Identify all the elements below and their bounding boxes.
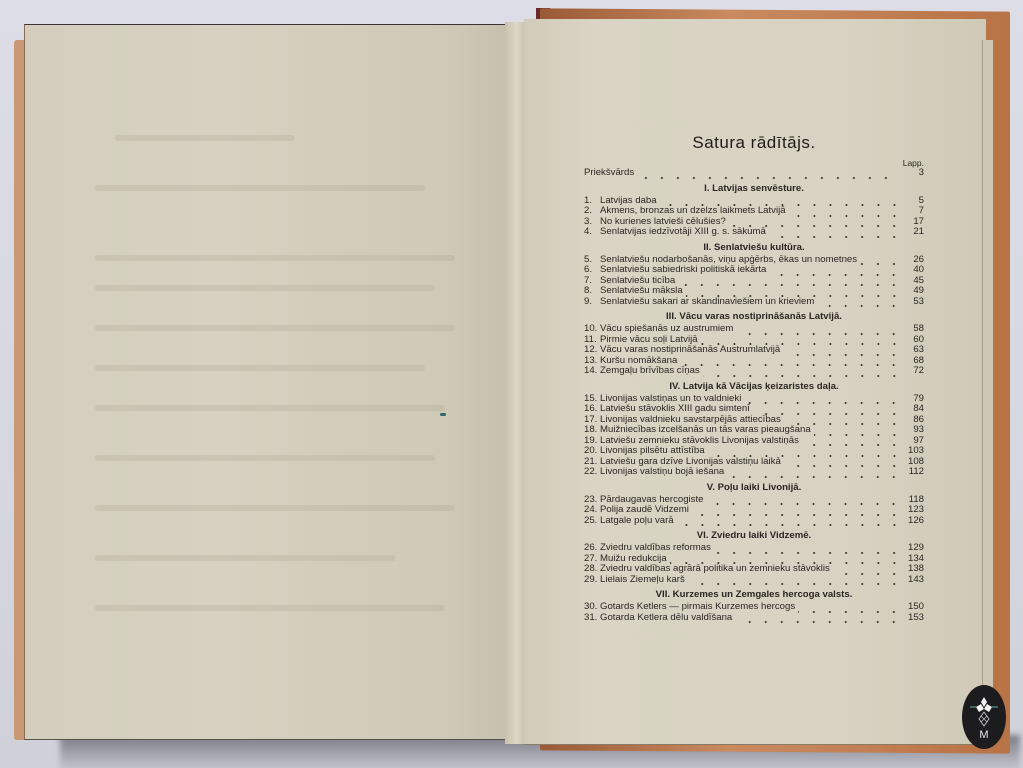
toc-entry-title: Livonijas pilsētu attīstība	[600, 446, 708, 457]
toc-entry-title: Polija zaudē Vidzemi	[600, 505, 692, 516]
leader-dots	[769, 266, 902, 276]
toc-entry-page: 138	[902, 564, 924, 575]
leader-dots	[708, 447, 902, 457]
left-page-blank	[24, 24, 518, 740]
toc-entry-number: 10.	[584, 324, 600, 335]
toc-entry-number: 16.	[584, 404, 600, 415]
show-through-text	[95, 365, 425, 371]
toc-entry: 28.Zviedru valdības agrārā politika un z…	[584, 564, 924, 575]
toc-entry: 4.Senlatvijas iedzīvotāji XIII g. s. sāk…	[584, 227, 924, 238]
leader-dots	[706, 495, 902, 505]
toc-entry-title: Livonijas valstiņu bojā iešana	[600, 467, 727, 478]
toc-entry: 14.Zemgaļu brīvības cīņas72	[584, 366, 924, 377]
toc-entry: 2.Akmens, bronzas un dzelzs laikmets Lat…	[584, 206, 924, 217]
toc-entry-title: Zemgaļu brīvības cīņas	[600, 366, 703, 377]
toc-entry-page: 7	[902, 206, 924, 217]
toc-entry-title: Senlatviešu sabiedriski politiskā iekārt…	[600, 265, 769, 276]
leader-dots	[692, 506, 902, 516]
leader-dots	[680, 356, 902, 366]
toc-sections: I. Latvijas senvēsture.1.Latvijas daba52…	[584, 183, 924, 624]
leader-dots	[677, 516, 902, 526]
toc-entry-number: 8.	[584, 286, 600, 297]
toc-entry-title: Zviedru valdības agrārā politika un zemn…	[600, 564, 833, 575]
show-through-text	[95, 285, 435, 291]
leader-dots	[860, 255, 902, 265]
toc-entry: 24.Polija zaudē Vidzemi123	[584, 505, 924, 516]
leader-dots	[769, 228, 902, 238]
toc-entry: 31.Gotarda Ketlera dēlu valdīšana153	[584, 613, 924, 624]
watermark-logo: M	[962, 685, 1006, 749]
leader-dots	[798, 603, 902, 613]
leader-dots	[814, 426, 902, 436]
leader-dots	[744, 394, 902, 404]
show-through-text	[95, 185, 425, 191]
leader-dots	[727, 468, 902, 478]
toc-entry-number: 9.	[584, 297, 600, 308]
toc-entry-page: 103	[902, 446, 924, 457]
leader-dots	[736, 325, 902, 335]
toc-entry: 29.Lielais Ziemeļu karš143	[584, 575, 924, 586]
leader-dots	[714, 544, 902, 554]
toc-entry-title: Zviedru valdības reformas	[600, 543, 714, 554]
toc-entry-page: 93	[902, 425, 924, 436]
toc-preface-page: 3	[894, 168, 924, 179]
toc-entry-page: 63	[902, 345, 924, 356]
toc-entry-page: 49	[902, 286, 924, 297]
toc-entry-page: 150	[902, 602, 924, 613]
leader-dots	[789, 207, 902, 217]
toc-entry-title: Gotards Ketlers — pirmais Kurzemes herco…	[600, 602, 798, 613]
toc-entry-number: 14.	[584, 366, 600, 377]
toc-entry-title: Vācu varas nostiprināšanās Austrumlatvij…	[600, 345, 783, 356]
toc-entry-page: 40	[902, 265, 924, 276]
ink-speck	[440, 413, 446, 416]
toc-section-heading: VI. Zviedru laiki Vidzemē.	[584, 530, 924, 541]
toc-entry-page: 126	[902, 516, 924, 527]
toc-entry-number: 6.	[584, 265, 600, 276]
toc-entry-number: 26.	[584, 543, 600, 554]
toc-section-heading: V. Poļu laiki Livonijā.	[584, 482, 924, 493]
toc-entry-page: 153	[902, 613, 924, 624]
toc-entry-title: Latviešu stāvoklis XIII gadu simtenī	[600, 404, 753, 415]
toc-entry-number: 28.	[584, 564, 600, 575]
leader-dots	[735, 613, 902, 623]
toc-entry: 22.Livonijas valstiņu bojā iešana112	[584, 467, 924, 478]
leader-dots	[688, 575, 902, 585]
show-through-text	[95, 505, 455, 511]
show-through-text	[95, 325, 455, 331]
toc-entry-title: Gotarda Ketlera dēlu valdīšana	[600, 613, 735, 624]
leader-dots	[833, 565, 902, 575]
toc-entry-page: 143	[902, 575, 924, 586]
toc-entry-page: 84	[902, 404, 924, 415]
toc-section-heading: I. Latvijas senvēsture.	[584, 183, 924, 194]
toc-entry-title: Vācu spiešanās uz austrumiem	[600, 324, 736, 335]
toc-entry-number: 4.	[584, 227, 600, 238]
toc-entry-number: 30.	[584, 602, 600, 613]
toc-entry: 10.Vācu spiešanās uz austrumiem58	[584, 324, 924, 335]
show-through-text	[95, 555, 395, 561]
toc-entry-number: 2.	[584, 206, 600, 217]
show-through-text	[95, 255, 455, 261]
toc-entry-number: 29.	[584, 575, 600, 586]
leader-dots	[784, 457, 902, 467]
leader-dots	[753, 405, 902, 415]
svg-text:M: M	[979, 729, 988, 741]
toc-entry: 20.Livonijas pilsētu attīstība103	[584, 446, 924, 457]
toc-entry: 26.Zviedru valdības reformas129	[584, 543, 924, 554]
toc-title: Satura rādītājs.	[584, 133, 924, 153]
toc-entry: 12.Vācu varas nostiprināšanās Austrumlat…	[584, 345, 924, 356]
table-of-contents: Satura rādītājs. Priekšvārds Lapp. 3 I. …	[584, 133, 924, 623]
toc-section-heading: II. Senlatviešu kultūra.	[584, 242, 924, 253]
show-through-text	[115, 135, 295, 141]
show-through-text	[95, 405, 445, 411]
toc-entry: 9.Senlatviešu sakari ar skandinaviešiem …	[584, 297, 924, 308]
show-through-text	[95, 455, 435, 461]
toc-preface-row: Priekšvārds Lapp. 3	[584, 159, 924, 179]
toc-entry-number: 12.	[584, 345, 600, 356]
toc-entry-page: 129	[902, 543, 924, 554]
toc-preface-label: Priekšvārds	[584, 168, 637, 179]
toc-page-header: Lapp. 3	[894, 159, 924, 179]
toc-entry-title: Senlatviešu māksla	[600, 286, 686, 297]
toc-entry-number: 31.	[584, 613, 600, 624]
leader-dots	[783, 346, 902, 356]
toc-entry-page: 53	[902, 297, 924, 308]
toc-entry: 8.Senlatviešu māksla49	[584, 286, 924, 297]
toc-entry-page: 112	[902, 467, 924, 478]
leader-dots	[703, 367, 902, 377]
toc-entry-page: 21	[902, 227, 924, 238]
toc-entry-title: Senlatvijas iedzīvotāji XIII g. s. sākum…	[600, 227, 769, 238]
leader-dots	[802, 436, 902, 446]
toc-entry-page: 72	[902, 366, 924, 377]
toc-entry-title: Akmens, bronzas un dzelzs laikmets Latvi…	[600, 206, 789, 217]
leader-dots	[637, 169, 894, 179]
toc-entry-title: Muižniecības izcelšanās un tās varas pie…	[600, 425, 814, 436]
toc-entry-number: 18.	[584, 425, 600, 436]
leader-dots	[817, 297, 902, 307]
page-stack-edge	[982, 40, 993, 730]
toc-entry: 6.Senlatviešu sabiedriski politiskā iekā…	[584, 265, 924, 276]
leader-dots	[686, 287, 902, 297]
diamond-flower-m-icon: M	[962, 685, 1006, 749]
leader-dots	[678, 276, 902, 286]
toc-entry-title: Senlatviešu sakari ar skandinaviešiem un…	[600, 297, 817, 308]
toc-entry: 25.Latgale poļu varā126	[584, 516, 924, 527]
toc-entry-number: 25.	[584, 516, 600, 527]
toc-entry-number: 22.	[584, 467, 600, 478]
toc-entry: 18.Muižniecības izcelšanās un tās varas …	[584, 425, 924, 436]
toc-entry-number: 20.	[584, 446, 600, 457]
toc-entry-page: 123	[902, 505, 924, 516]
toc-entry-title: Latgale poļu varā	[600, 516, 677, 527]
toc-section-heading: III. Vācu varas nostiprināšanās Latvijā.	[584, 311, 924, 322]
toc-entry-title: Lielais Ziemeļu karš	[600, 575, 688, 586]
toc-entry-number: 24.	[584, 505, 600, 516]
toc-entry: 16.Latviešu stāvoklis XIII gadu simtenī8…	[584, 404, 924, 415]
toc-section-heading: VII. Kurzemes un Zemgales hercoga valsts…	[584, 589, 924, 600]
toc-entry-page: 58	[902, 324, 924, 335]
toc-entry: 30.Gotards Ketlers — pirmais Kurzemes he…	[584, 602, 924, 613]
show-through-text	[95, 605, 445, 611]
toc-section-heading: IV. Latvija kā Vācijas ķeizaristes daļa.	[584, 381, 924, 392]
